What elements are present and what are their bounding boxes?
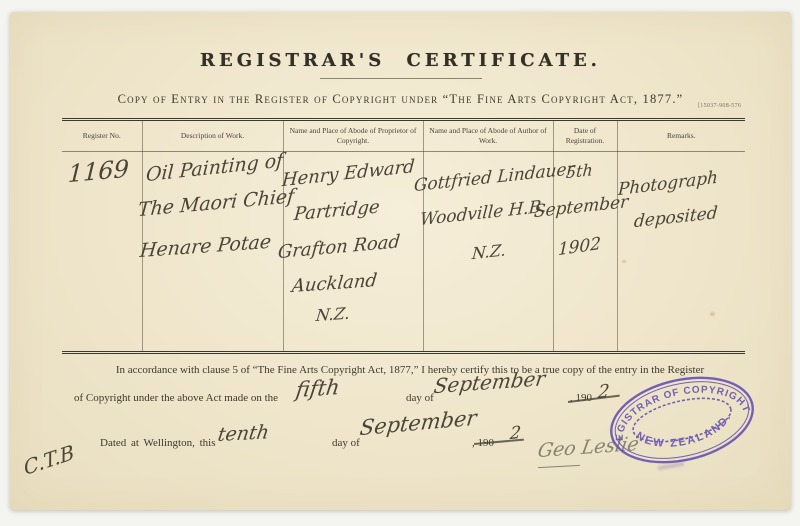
entry-author-line: N.Z. — [471, 240, 506, 263]
title-divider-rule — [320, 78, 482, 79]
entry-date-line: 5th — [565, 160, 593, 182]
paper-spot — [622, 260, 626, 263]
dated-month-handwritten: September — [359, 406, 478, 441]
svg-text:NEW ZEALAND.: NEW ZEALAND. — [632, 409, 739, 459]
column-header-description: Description of Work. — [142, 120, 283, 152]
printer-code: [15037-908-576 — [698, 103, 741, 109]
document-subtitle: Copy of Entry in the Register of Copyrig… — [10, 92, 791, 107]
paper-spot — [710, 312, 715, 316]
certificate-paper: REGISTRAR'S CERTIFICATE. Copy of Entry i… — [10, 12, 791, 510]
certification-day-of-label: day of — [406, 392, 434, 404]
column-header-proprietor: Name and Place of Abode of Proprietor of… — [283, 120, 423, 152]
scanned-certificate-page: { "colors":{ "bg":"#f4f4f0", "paper":"#f… — [0, 0, 800, 526]
entry-register-number: 1169 — [67, 155, 129, 189]
copyright-register-table: Register No. Description of Work. Name a… — [62, 118, 745, 354]
column-header-remarks: Remarks. — [617, 120, 745, 152]
signature-underline — [538, 465, 580, 468]
clerk-initials: C.T.B — [22, 440, 76, 480]
column-header-register-no: Register No. — [62, 120, 142, 152]
stamp-bottom-text: NEW ZEALAND. — [632, 409, 739, 459]
certification-text-line2: of Copyright under the above Act made on… — [74, 392, 278, 404]
certification-day-handwritten: fifth — [294, 375, 341, 402]
certification-text-line1: In accordance with clause 5 of “The Fine… — [70, 364, 750, 376]
column-header-date: Date of Registration. — [553, 120, 617, 152]
document-title: REGISTRAR'S CERTIFICATE. — [10, 50, 791, 71]
dated-day-of-label: day of — [332, 437, 360, 449]
dated-at-wellington-label: Dated at Wellington, this — [100, 437, 216, 449]
entry-proprietor-line: N.Z. — [315, 304, 351, 326]
column-header-author: Name and Place of Abode of Author of Wor… — [423, 120, 553, 152]
table-header-row: Register No. Description of Work. Name a… — [62, 120, 745, 152]
dated-day-handwritten: tenth — [216, 421, 270, 446]
